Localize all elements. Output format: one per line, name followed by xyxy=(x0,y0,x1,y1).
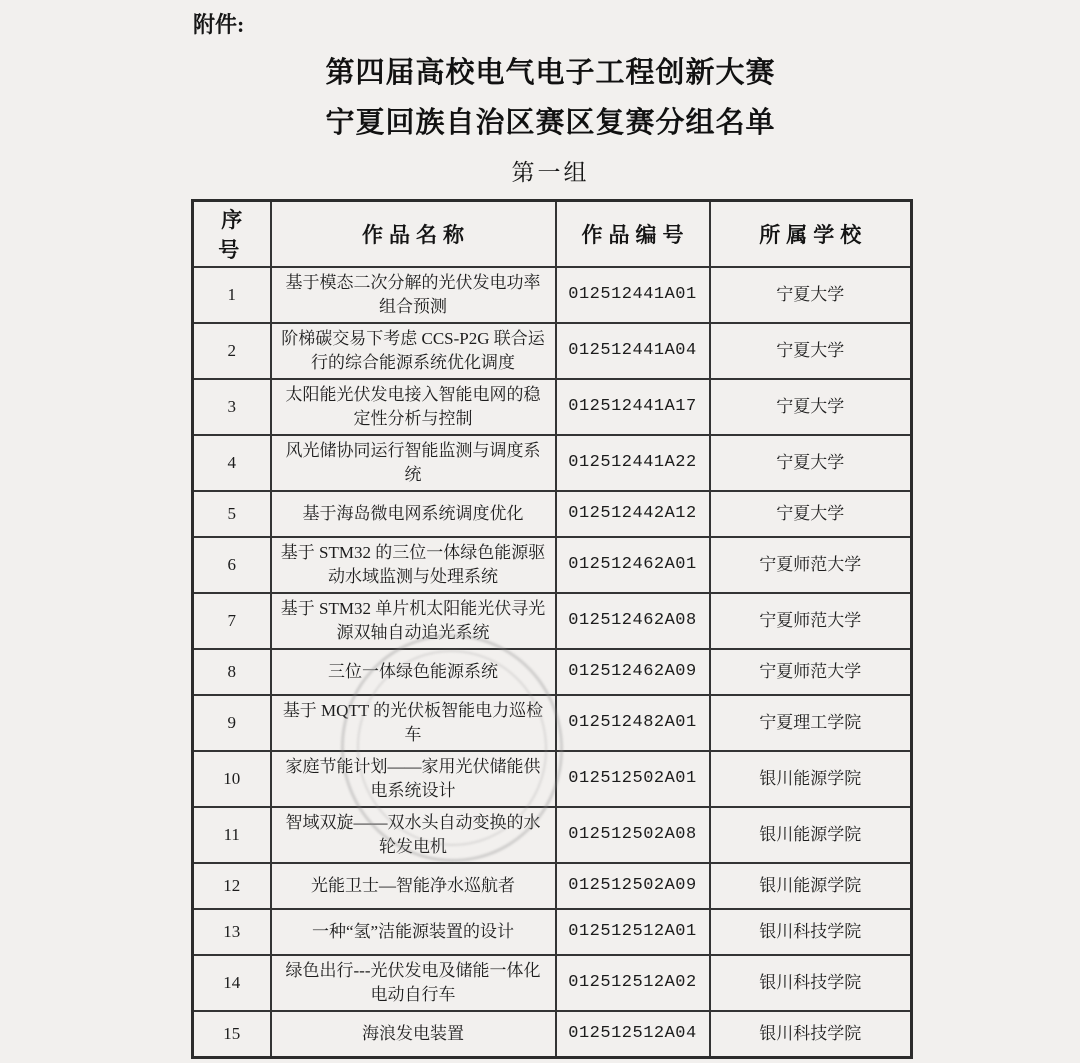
table-row: 11 智域双旋——双水头自动变换的水轮发电机 012512502A08 银川能源… xyxy=(193,807,912,863)
document-title-line2: 宁夏回族自治区赛区复赛分组名单 xyxy=(191,98,910,148)
header-school: 所属学校 xyxy=(710,201,912,268)
cell-school: 宁夏理工学院 xyxy=(710,695,912,751)
cell-school: 银川能源学院 xyxy=(710,751,912,807)
cell-work-code: 012512441A01 xyxy=(556,267,710,323)
cell-serial-number: 12 xyxy=(193,863,271,909)
cell-work-code: 012512441A17 xyxy=(556,379,710,435)
cell-work-name: 三位一体绿色能源系统 xyxy=(271,649,556,695)
attachment-label: 附件: xyxy=(193,8,244,39)
table-row: 5 基于海岛微电网系统调度优化 012512442A12 宁夏大学 xyxy=(193,491,912,537)
cell-work-code: 012512462A09 xyxy=(556,649,710,695)
table-header: 序号 作品名称 作品编号 所属学校 xyxy=(193,201,912,268)
cell-school: 宁夏大学 xyxy=(710,379,912,435)
cell-school: 银川能源学院 xyxy=(710,807,912,863)
cell-work-code: 012512462A01 xyxy=(556,537,710,593)
table-row: 4 风光储协同运行智能监测与调度系统 012512441A22 宁夏大学 xyxy=(193,435,912,491)
table-row: 15 海浪发电装置 012512512A04 银川科技学院 xyxy=(193,1011,912,1057)
cell-serial-number: 10 xyxy=(193,751,271,807)
cell-work-name: 基于 MQTT 的光伏板智能电力巡检车 xyxy=(271,695,556,751)
cell-serial-number: 5 xyxy=(193,491,271,537)
title-block: 第四届高校电气电子工程创新大赛 宁夏回族自治区赛区复赛分组名单 xyxy=(191,48,910,148)
table-row: 9 基于 MQTT 的光伏板智能电力巡检车 012512482A01 宁夏理工学… xyxy=(193,695,912,751)
cell-serial-number: 13 xyxy=(193,909,271,955)
table-body: 1 基于模态二次分解的光伏发电功率组合预测 012512441A01 宁夏大学 … xyxy=(193,267,912,1057)
cell-work-name: 基于 STM32 的三位一体绿色能源驱动水域监测与处理系统 xyxy=(271,537,556,593)
cell-serial-number: 9 xyxy=(193,695,271,751)
cell-serial-number: 11 xyxy=(193,807,271,863)
cell-work-name: 一种“氢”洁能源装置的设计 xyxy=(271,909,556,955)
cell-serial-number: 1 xyxy=(193,267,271,323)
cell-work-name: 基于 STM32 单片机太阳能光伏寻光源双轴自动追光系统 xyxy=(271,593,556,649)
cell-serial-number: 6 xyxy=(193,537,271,593)
cell-work-code: 012512502A09 xyxy=(556,863,710,909)
cell-work-code: 012512512A02 xyxy=(556,955,710,1011)
cell-school: 宁夏师范大学 xyxy=(710,649,912,695)
group-label: 第一组 xyxy=(191,154,910,187)
cell-work-name: 光能卫士—智能净水巡航者 xyxy=(271,863,556,909)
cell-work-name: 绿色出行---光伏发电及储能一体化电动自行车 xyxy=(271,955,556,1011)
cell-school: 宁夏大学 xyxy=(710,435,912,491)
cell-serial-number: 2 xyxy=(193,323,271,379)
cell-serial-number: 4 xyxy=(193,435,271,491)
cell-work-name: 家庭节能计划——家用光伏储能供电系统设计 xyxy=(271,751,556,807)
cell-work-code: 012512512A04 xyxy=(556,1011,710,1057)
cell-work-name: 风光储协同运行智能监测与调度系统 xyxy=(271,435,556,491)
table-row: 2 阶梯碳交易下考虑 CCS-P2G 联合运行的综合能源系统优化调度 01251… xyxy=(193,323,912,379)
cell-serial-number: 7 xyxy=(193,593,271,649)
grouping-table: 序号 作品名称 作品编号 所属学校 1 基于模态二次分解的光伏发电功率组合预测 … xyxy=(191,199,913,1059)
header-work-name: 作品名称 xyxy=(271,201,556,268)
header-serial-number: 序号 xyxy=(193,201,271,268)
cell-work-name: 太阳能光伏发电接入智能电网的稳定性分析与控制 xyxy=(271,379,556,435)
cell-work-name: 海浪发电装置 xyxy=(271,1011,556,1057)
cell-work-name: 基于模态二次分解的光伏发电功率组合预测 xyxy=(271,267,556,323)
cell-serial-number: 8 xyxy=(193,649,271,695)
cell-work-name: 基于海岛微电网系统调度优化 xyxy=(271,491,556,537)
table-row: 7 基于 STM32 单片机太阳能光伏寻光源双轴自动追光系统 012512462… xyxy=(193,593,912,649)
table-row: 3 太阳能光伏发电接入智能电网的稳定性分析与控制 012512441A17 宁夏… xyxy=(193,379,912,435)
table-header-row: 序号 作品名称 作品编号 所属学校 xyxy=(193,201,912,268)
cell-work-code: 012512502A01 xyxy=(556,751,710,807)
cell-school: 宁夏大学 xyxy=(710,491,912,537)
cell-work-name: 阶梯碳交易下考虑 CCS-P2G 联合运行的综合能源系统优化调度 xyxy=(271,323,556,379)
cell-work-code: 012512441A04 xyxy=(556,323,710,379)
table-row: 12 光能卫士—智能净水巡航者 012512502A09 银川能源学院 xyxy=(193,863,912,909)
cell-school: 宁夏大学 xyxy=(710,323,912,379)
cell-school: 银川科技学院 xyxy=(710,909,912,955)
cell-work-name: 智域双旋——双水头自动变换的水轮发电机 xyxy=(271,807,556,863)
cell-school: 宁夏师范大学 xyxy=(710,593,912,649)
table-row: 1 基于模态二次分解的光伏发电功率组合预测 012512441A01 宁夏大学 xyxy=(193,267,912,323)
table-row: 13 一种“氢”洁能源装置的设计 012512512A01 银川科技学院 xyxy=(193,909,912,955)
cell-school: 宁夏大学 xyxy=(710,267,912,323)
cell-work-code: 012512512A01 xyxy=(556,909,710,955)
document-title-line1: 第四届高校电气电子工程创新大赛 xyxy=(191,48,910,98)
cell-serial-number: 3 xyxy=(193,379,271,435)
cell-school: 宁夏师范大学 xyxy=(710,537,912,593)
cell-serial-number: 15 xyxy=(193,1011,271,1057)
cell-school: 银川科技学院 xyxy=(710,1011,912,1057)
cell-work-code: 012512482A01 xyxy=(556,695,710,751)
table-row: 14 绿色出行---光伏发电及储能一体化电动自行车 012512512A02 银… xyxy=(193,955,912,1011)
cell-serial-number: 14 xyxy=(193,955,271,1011)
header-work-code: 作品编号 xyxy=(556,201,710,268)
table-row: 10 家庭节能计划——家用光伏储能供电系统设计 012512502A01 银川能… xyxy=(193,751,912,807)
cell-school: 银川能源学院 xyxy=(710,863,912,909)
cell-school: 银川科技学院 xyxy=(710,955,912,1011)
cell-work-code: 012512442A12 xyxy=(556,491,710,537)
cell-work-code: 012512502A08 xyxy=(556,807,710,863)
cell-work-code: 012512462A08 xyxy=(556,593,710,649)
table-row: 8 三位一体绿色能源系统 012512462A09 宁夏师范大学 xyxy=(193,649,912,695)
cell-work-code: 012512441A22 xyxy=(556,435,710,491)
table-row: 6 基于 STM32 的三位一体绿色能源驱动水域监测与处理系统 01251246… xyxy=(193,537,912,593)
